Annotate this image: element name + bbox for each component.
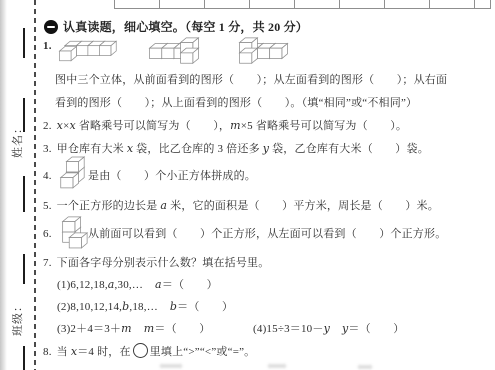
q3-text2: 袋，比乙仓库的 3 倍还多 [133,143,263,155]
compare-circle-icon [133,343,148,358]
section-one-icon [44,20,58,34]
scan-artifact [160,364,182,368]
cube-figure-3 [236,35,292,67]
worksheet-page: { "header": { "icon": "circle-one-icon",… [0,0,495,370]
q4-cube-figure [57,152,87,190]
q2-text: 省略乘号可以简写为（ ）， [76,120,230,132]
q8-text3: 里填上“>”“<”或“=”。 [150,346,256,358]
q3-text3: 袋，乙仓库有大米（ ）袋。 [269,143,429,155]
q7-sub4-eq: (4)15÷3＝10－ [253,323,324,335]
q7-sub2-seq: (2)8,10,12,14, [57,301,122,313]
page-edge-shadow [0,0,7,370]
q7-sub1-blank: ＝（ ） [162,279,218,291]
q7-sub4-blank: ＝（ ） [348,323,404,335]
q7-sub3-eq: (3)2＋4＝3＋ [57,323,121,335]
var-m: m [144,322,155,335]
margin-line-segment [23,346,25,370]
var-y: y [324,322,330,335]
q8-text: 当 [57,346,71,358]
q3-number: 3. [43,143,52,155]
var-a: a [108,278,115,291]
q1-line2: 看到的图形（ ）；从上面看到的图形（ ）。（填“相同”或“不相同”） [55,95,417,111]
q5-number: 5. [43,200,52,212]
grade-table-right-edge [490,0,491,8]
q8-text2: ＝4 时，在 [77,346,130,358]
q5-text2: 米，它的面积是（ ）平方米，周长是（ ）米。 [167,200,439,212]
q4-text: 是由（ ）个小正方体拼成的。 [88,168,256,184]
q6-number: 6. [43,226,52,242]
q7-number: 7. [43,257,52,269]
binding-dashed-line [34,0,36,370]
cube-figure-1 [56,35,118,67]
q5-text: 一个正方形的边长是 [57,200,161,212]
q8-number: 8. [43,346,52,358]
q7-sub2: (2)8,10,12,14,b,18,…b＝（ ） [57,299,233,315]
cube-figure-2 [146,35,202,67]
section-one-dash [47,26,55,28]
q7-sub1: (1)6,12,18,a,30,…a＝（ ） [57,277,218,293]
section-title: 认真读题，细心填空。（每空 1 分，共 20 分） [63,19,308,35]
student-name-label: 姓名： [9,118,23,162]
q2-line: 2.x×x 省略乘号可以简写为（ ），m×5 省略乘号可以简写为（ ）。 [43,118,407,134]
margin-line-segment [23,28,25,58]
q4-number: 4. [43,168,52,184]
q7-text: 下面各字母分别表示什么数？填在括号里。 [57,257,270,269]
q7-sub1-seq2: ,30,… [115,279,144,291]
q1-number: 1. [43,38,52,54]
q2-text2: ×5 省略乘号可以简写为（ ）。 [241,120,407,132]
q5-line: 5.一个正方形的边长是 a 米，它的面积是（ ）平方米，周长是（ ）米。 [43,198,439,214]
class-label: 班级： [9,296,23,340]
q7-sub2-blank: ＝（ ） [177,301,233,313]
margin-line-segment [23,176,25,212]
q2-number: 2. [43,120,52,132]
q6-cube-figure [57,212,89,250]
q7-sub1-seq: (1)6,12,18, [57,279,108,291]
q7-sub2-seq2: ,18,… [129,301,158,313]
grade-table-dividers [114,0,491,8]
scan-artifact [268,364,286,368]
var-m: m [121,322,132,335]
q3-line: 3.甲仓库有大米 x 袋，比乙仓库的 3 倍还多 y 袋，乙仓库有大米（ ）袋。 [43,141,429,157]
margin-line-segment [23,254,25,284]
scan-artifact [358,365,372,369]
var-a: a [155,278,162,291]
grade-table-bottom-line [114,8,491,9]
q7-line: 7.下面各字母分别表示什么数？填在括号里。 [43,255,269,271]
q7-sub4: (4)15÷3＝10－yy＝（ ） [253,321,404,337]
q7-sub3: (3)2＋4＝3＋mm＝（ ） [57,321,210,337]
q6-text: 从前面可以看到（ ）个正方形，从左面可以看到（ ）个正方形。 [88,226,446,242]
q1-line1: 图中三个立体，从前面看到的图形（ ）；从左面看到的图形（ ）；从右面 [55,72,447,88]
q8-line: 8.当 x＝4 时，在里填上“>”“<”或“=”。 [43,343,255,360]
var-m: m [230,119,241,132]
q7-sub3-blank: ＝（ ） [154,323,210,335]
